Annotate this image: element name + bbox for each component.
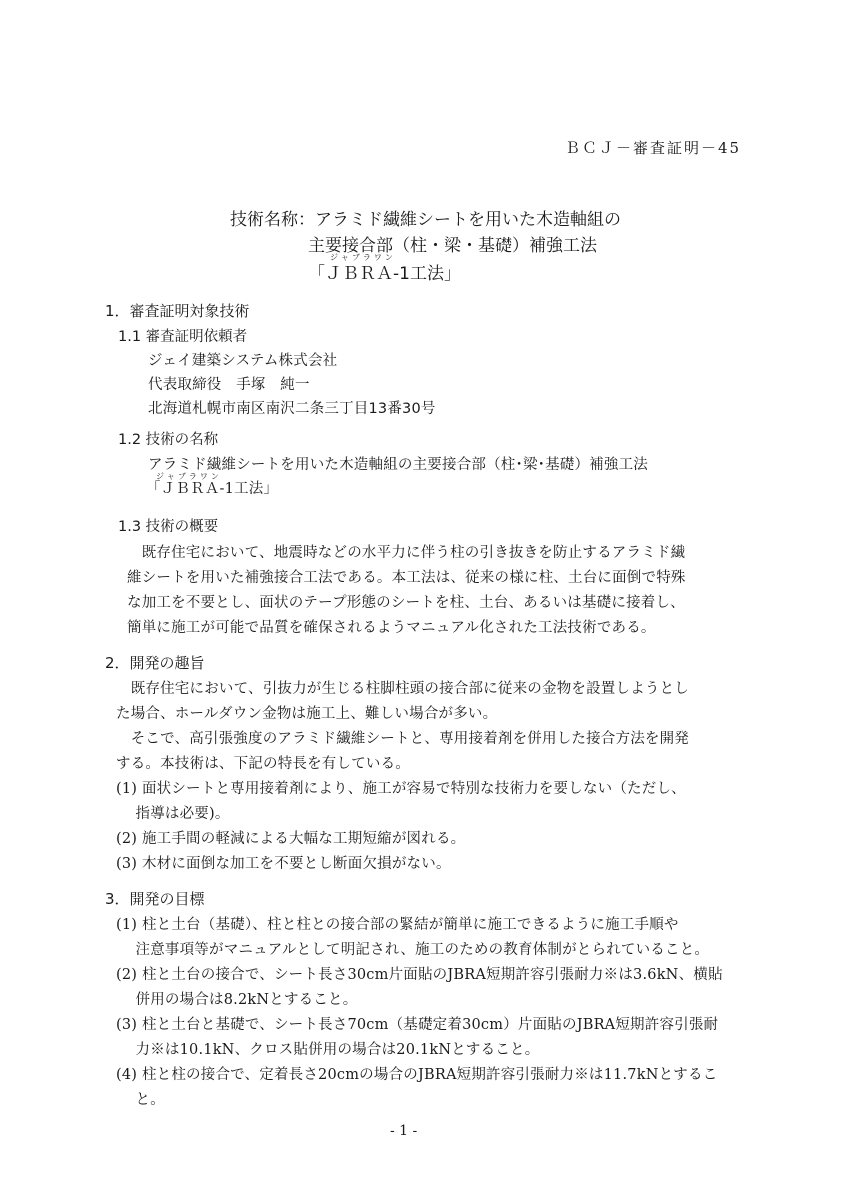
goal-item: (2) 柱と土台の接合で、シート長さ30cm片面貼のJBRA短期許容引張耐力※は… <box>116 963 723 984</box>
goal-item: と。 <box>116 1088 165 1109</box>
applicant-representative: 代表取締役 手塚 純一 <box>148 373 310 394</box>
goal-item: (3) 柱と土台と基礎で、シート長さ70cm（基礎定着30cm）片面貼のJBRA… <box>116 1013 718 1034</box>
page-number: - 1 - <box>390 1123 417 1139</box>
purpose-line: そこで、高引張強度のアラミド繊維シートと、専用接着剤を併用した接合方法を開発 <box>116 727 689 748</box>
purpose-line: た場合、ホールダウン金物は施工上、難しい場合が多い。 <box>116 702 497 723</box>
feature-item: (2) 施工手間の軽減による大幅な工期短縮が図れる。 <box>116 827 465 848</box>
section-2-heading: 2．開発の趣旨 <box>105 652 205 673</box>
feature-item: 指導は必要)。 <box>116 802 230 823</box>
title-line-3: 「ＪＢＲＡ-1工法」 <box>308 259 461 284</box>
overview-line: 維シートを用いた補強接合工法である。本工法は、従来の様に柱、土台に面倒で特殊 <box>127 566 686 587</box>
document-id: ＢＣＪ－審査証明－45 <box>565 137 741 158</box>
goal-item: 併用の場合は8.2kNとすること。 <box>116 988 357 1009</box>
feature-item: (1) 面状シートと専用接着剤により、施工が容易で特別な技術力を要しない（ただし… <box>116 777 686 798</box>
overview-line: 既存住宅において、地震時などの水平力に伴う柱の引き抜きを防止するアラミド繊 <box>127 541 685 562</box>
applicant-address: 北海道札幌市南区南沢二条三丁目13番30号 <box>148 397 436 418</box>
section-1-2-heading: 1.2 技術の名称 <box>118 428 218 449</box>
goal-item: (1) 柱と土台（基礎）、柱と柱との接合部の緊結が簡単に施工できるように施工手順… <box>116 913 679 934</box>
goal-item: 力※は10.1kN、クロス貼併用の場合は20.1kNとすること。 <box>116 1038 539 1059</box>
title-line-1: 技術名称：アラミド繊維シートを用いた木造軸組の <box>230 205 621 230</box>
applicant-company: ジェイ建築システム株式会社 <box>148 349 337 370</box>
purpose-line: する。本技術は、下記の特長を有している。 <box>116 752 410 773</box>
section-1-heading: 1．審査証明対象技術 <box>105 300 250 321</box>
feature-item: (3) 木材に面倒な加工を不要とし断面欠損がない。 <box>116 852 451 873</box>
overview-line: 簡単に施工が可能で品質を確保されるようマニュアル化された工法技術である。 <box>127 616 656 637</box>
section-1-1-heading: 1.1 審査証明依頼者 <box>118 325 247 346</box>
purpose-line: 既存住宅において、引抜力が生じる柱脚柱頭の接合部に従来の金物を設置しようとし <box>116 677 689 698</box>
overview-line: な加工を不要とし、面状のテープ形態のシートを柱、土台、あるいは基礎に接着し、 <box>127 591 685 612</box>
section-3-heading: 3．開発の目標 <box>105 888 205 909</box>
section-1-3-heading: 1.3 技術の概要 <box>118 515 218 536</box>
goal-item: 注意事項等がマニュアルとして明記され、施工のための教育体制がとられていること。 <box>116 938 709 959</box>
goal-item: (4) 柱と柱の接合で、定着長さ20cmの場合のJBRA短期許容引張耐力※は11… <box>116 1063 717 1084</box>
technology-name-short: 「ＪＢＲＡ-1工法」 <box>146 477 278 498</box>
technology-name: アラミド繊維シートを用いた木造軸組の主要接合部（柱･梁･基礎）補強工法 <box>148 453 648 474</box>
